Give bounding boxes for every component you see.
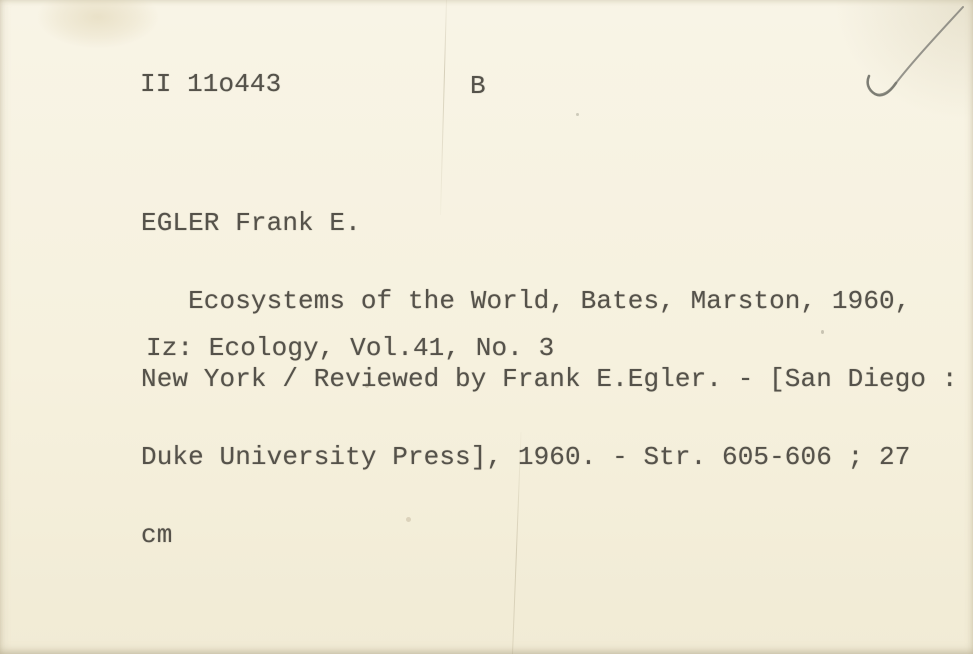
paper-speck — [576, 113, 579, 116]
paper-corner-shade — [823, 0, 973, 130]
body-line: Duke University Press], 1960. - Str. 605… — [141, 444, 958, 470]
bibliographic-entry: EGLER Frank E. Ecosystems of the World, … — [141, 158, 958, 600]
author-line: EGLER Frank E. — [141, 210, 958, 236]
call-number: II 11o443 — [140, 71, 281, 97]
body-line: Ecosystems of the World, Bates, Marston,… — [141, 288, 958, 314]
catalog-card: II 11o443 B EGLER Frank E. Ecosystems of… — [0, 0, 973, 654]
body-line: cm — [141, 522, 958, 548]
body-line: New York / Reviewed by Frank E.Egler. - … — [141, 366, 958, 392]
section-letter: B — [470, 73, 486, 99]
paper-stain — [38, 0, 158, 48]
source-line: Iz: Ecology, Vol.41, No. 3 — [146, 335, 554, 361]
